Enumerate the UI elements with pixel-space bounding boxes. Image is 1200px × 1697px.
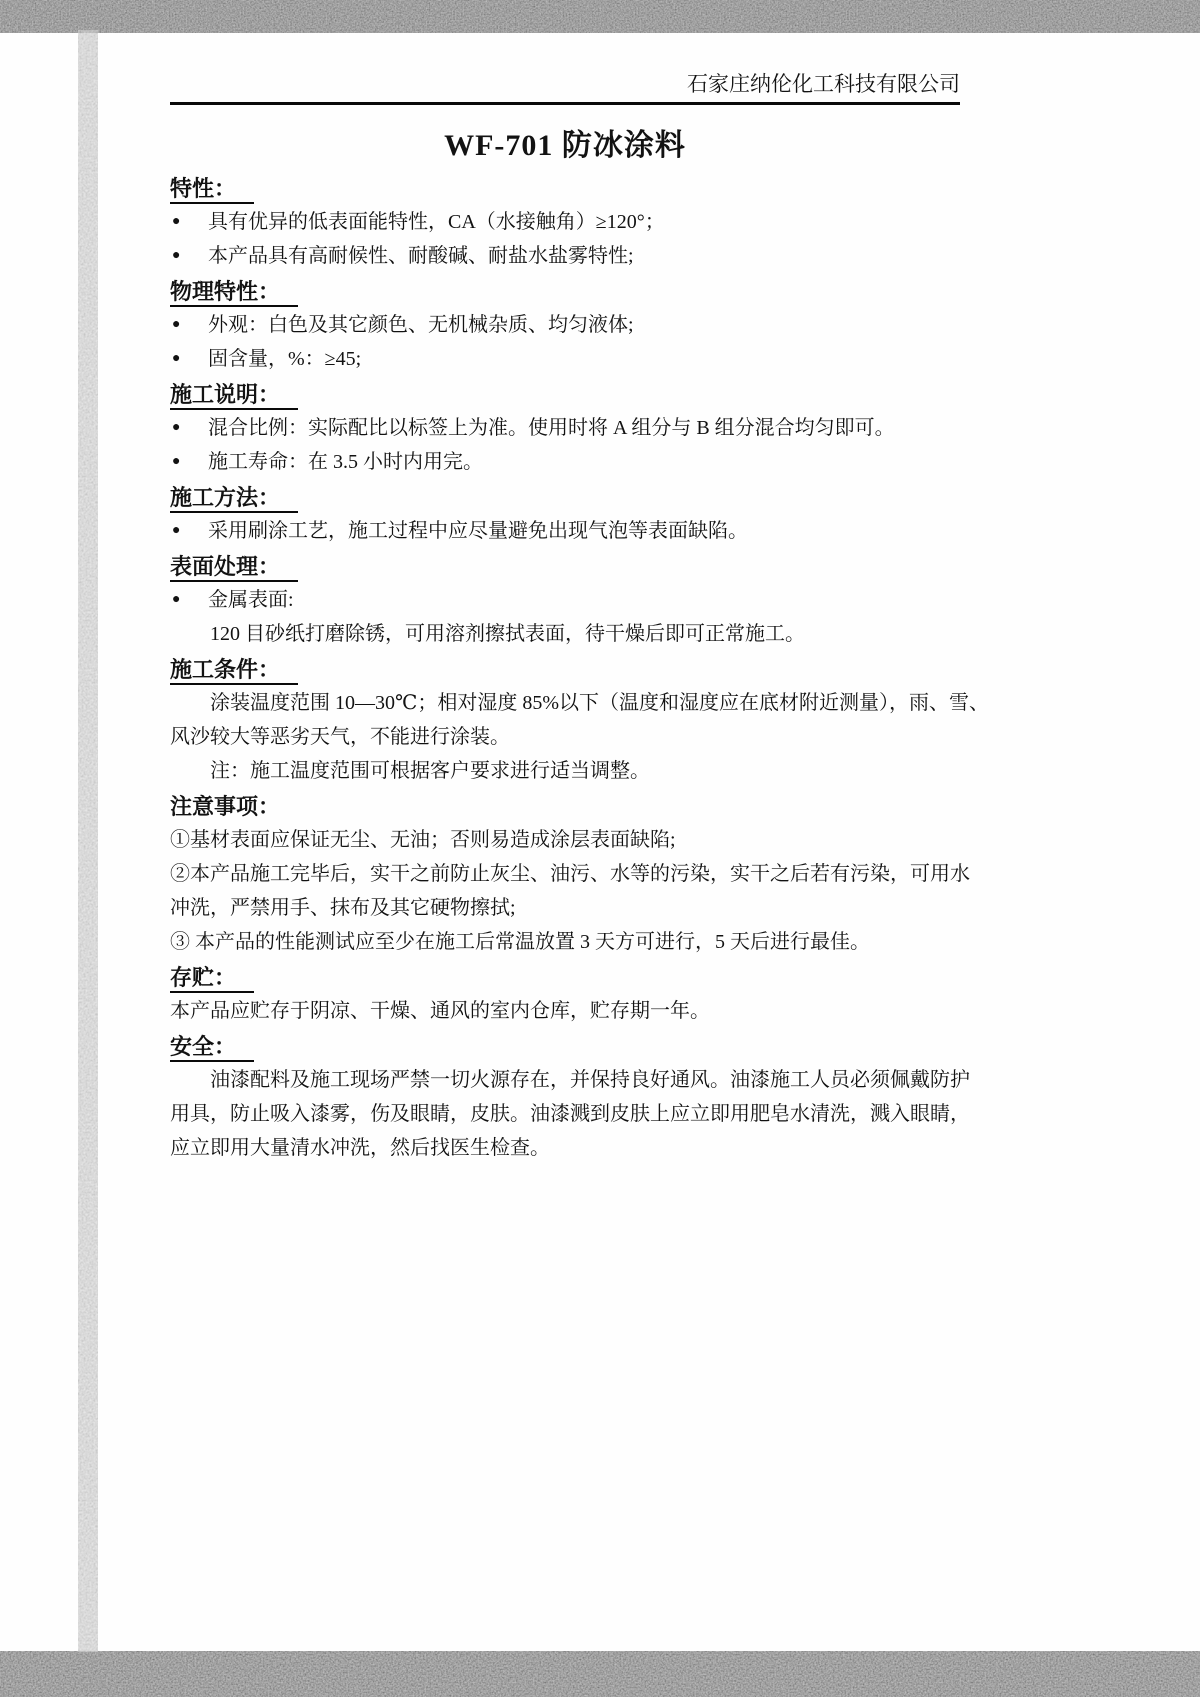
section: 注意事项： ①基材表面应保证无尘、无油；否则易造成涂层表面缺陷; ②本产品施工完… [170, 791, 960, 959]
bullet-text: 施工寿命：在 3.5 小时内用完。 [208, 445, 483, 479]
text-line: 注：施工温度范围可根据客户要求进行适当调整。 [170, 754, 960, 788]
section-heading: 施工说明： [170, 379, 960, 411]
section-heading: 施工条件： [170, 654, 960, 686]
line-text: 风沙较大等恶劣天气，不能进行涂装。 [170, 726, 510, 748]
section-items: ● 具有优异的低表面能特性，CA（水接触角）≥120°； ● 本产品具有高耐候性… [170, 205, 960, 273]
text-line: 120 目砂纸打磨除锈，可用溶剂擦拭表面，待干燥后即可正常施工。 [170, 617, 960, 651]
section-items: 涂装温度范围 10—30℃；相对湿度 85%以下（温度和湿度应在底材附近测量），… [170, 686, 960, 788]
bullet-item: ● 金属表面: [170, 583, 960, 617]
text-line: 应立即用大量清水冲洗，然后找医生检查。 [170, 1131, 960, 1165]
section-heading-text: 物理特性： [170, 279, 298, 307]
line-text: ①基材表面应保证无尘、无油；否则易造成涂层表面缺陷; [170, 829, 676, 851]
section: 物理特性： ● 外观：白色及其它颜色、无机械杂质、均匀液体; ● 固含量，%：≥… [170, 276, 960, 376]
section-items: 油漆配料及施工现场严禁一切火源存在，并保持良好通风。油漆施工人员必须佩戴防护 用… [170, 1063, 960, 1165]
bullet-item: ● 固含量，%：≥45; [170, 342, 960, 376]
bullet-item: ● 本产品具有高耐候性、耐酸碱、耐盐水盐雾特性; [170, 239, 960, 273]
page-content: 石家庄纳伦化工科技有限公司 WF-701 防冰涂料 特性： ● 具有优异的低表面… [170, 72, 960, 1165]
section-heading-text: 注意事项： [170, 794, 280, 820]
section-items: ● 金属表面: 120 目砂纸打磨除锈，可用溶剂擦拭表面，待干燥后即可正常施工。 [170, 583, 960, 651]
bullet-icon: ● [170, 445, 208, 479]
bullet-icon: ● [170, 411, 208, 445]
section-heading: 安全： [170, 1031, 960, 1063]
bullet-text: 金属表面: [208, 583, 294, 617]
section-heading-text: 施工说明： [170, 382, 298, 410]
bullet-icon: ● [170, 239, 208, 273]
section: 施工方法： ● 采用刷涂工艺，施工过程中应尽量避免出现气泡等表面缺陷。 [170, 482, 960, 548]
line-text: 冲洗，严禁用手、抹布及其它硬物擦拭; [170, 897, 516, 919]
text-line: 冲洗，严禁用手、抹布及其它硬物擦拭; [170, 891, 960, 925]
text-line: 涂装温度范围 10—30℃；相对湿度 85%以下（温度和湿度应在底材附近测量），… [170, 686, 960, 720]
bullet-icon: ● [170, 205, 208, 239]
line-text: ③ 本产品的性能测试应至少在施工后常温放置 3 天方可进行，5 天后进行最佳。 [170, 931, 870, 953]
section-heading: 特性： [170, 173, 960, 205]
bullet-item: ● 施工寿命：在 3.5 小时内用完。 [170, 445, 960, 479]
line-text: 油漆配料及施工现场严禁一切火源存在，并保持良好通风。油漆施工人员必须佩戴防护 [210, 1069, 970, 1091]
text-line: ②本产品施工完毕后，实干之前防止灰尘、油污、水等的污染，实干之后若有污染，可用水 [170, 857, 960, 891]
section-heading: 物理特性： [170, 276, 960, 308]
scan-noise-band-top [0, 0, 1200, 33]
section-items: ● 外观：白色及其它颜色、无机械杂质、均匀液体; ● 固含量，%：≥45; [170, 308, 960, 376]
bullet-item: ● 外观：白色及其它颜色、无机械杂质、均匀液体; [170, 308, 960, 342]
text-line: 用具，防止吸入漆雾，伤及眼睛，皮肤。油漆溅到皮肤上应立即用肥皂水清洗，溅入眼睛， [170, 1097, 960, 1131]
section: 表面处理： ● 金属表面: 120 目砂纸打磨除锈，可用溶剂擦拭表面，待干燥后即… [170, 551, 960, 651]
section-heading-text: 存贮： [170, 965, 254, 993]
section-items: ● 采用刷涂工艺，施工过程中应尽量避免出现气泡等表面缺陷。 [170, 514, 960, 548]
section-heading-text: 特性： [170, 176, 254, 204]
line-text: 本产品应贮存于阴凉、干燥、通风的室内仓库，贮存期一年。 [170, 1000, 710, 1022]
section-items: 本产品应贮存于阴凉、干燥、通风的室内仓库，贮存期一年。 [170, 994, 960, 1028]
text-line: 本产品应贮存于阴凉、干燥、通风的室内仓库，贮存期一年。 [170, 994, 960, 1028]
bullet-item: ● 采用刷涂工艺，施工过程中应尽量避免出现气泡等表面缺陷。 [170, 514, 960, 548]
section-heading-text: 施工方法： [170, 485, 298, 513]
line-text: 用具，防止吸入漆雾，伤及眼睛，皮肤。油漆溅到皮肤上应立即用肥皂水清洗，溅入眼睛， [170, 1103, 970, 1125]
sections-container: 特性： ● 具有优异的低表面能特性，CA（水接触角）≥120°； ● 本产品具有… [170, 173, 960, 1165]
text-line: ③ 本产品的性能测试应至少在施工后常温放置 3 天方可进行，5 天后进行最佳。 [170, 925, 960, 959]
bullet-text: 采用刷涂工艺，施工过程中应尽量避免出现气泡等表面缺陷。 [208, 514, 748, 548]
section-heading: 表面处理： [170, 551, 960, 583]
scan-noise-band-bottom [0, 1651, 1200, 1697]
section-heading: 注意事项： [170, 791, 960, 823]
document-title: WF-701 防冰涂料 [170, 120, 960, 164]
section-heading-text: 安全： [170, 1034, 254, 1062]
section-heading: 存贮： [170, 962, 960, 994]
company-name: 石家庄纳伦化工科技有限公司 [687, 72, 960, 96]
bullet-icon: ● [170, 308, 208, 342]
bullet-item: ● 混合比例：实际配比以标签上为准。使用时将 A 组分与 B 组分混合均匀即可。 [170, 411, 960, 445]
section: 施工条件： 涂装温度范围 10—30℃；相对湿度 85%以下（温度和湿度应在底材… [170, 654, 960, 788]
page-header: 石家庄纳伦化工科技有限公司 [170, 72, 960, 105]
bullet-icon: ● [170, 342, 208, 376]
line-text: 120 目砂纸打磨除锈，可用溶剂擦拭表面，待干燥后即可正常施工。 [210, 623, 805, 645]
section-heading: 施工方法： [170, 482, 960, 514]
line-text: 应立即用大量清水冲洗，然后找医生检查。 [170, 1137, 550, 1159]
bullet-text: 具有优异的低表面能特性，CA（水接触角）≥120°； [208, 205, 665, 239]
bullet-text: 本产品具有高耐候性、耐酸碱、耐盐水盐雾特性; [208, 239, 634, 273]
bullet-item: ● 具有优异的低表面能特性，CA（水接触角）≥120°； [170, 205, 960, 239]
text-line: 风沙较大等恶劣天气，不能进行涂装。 [170, 720, 960, 754]
text-line: 油漆配料及施工现场严禁一切火源存在，并保持良好通风。油漆施工人员必须佩戴防护 [170, 1063, 960, 1097]
line-text: ②本产品施工完毕后，实干之前防止灰尘、油污、水等的污染，实干之后若有污染，可用水 [170, 863, 970, 885]
section-items: ①基材表面应保证无尘、无油；否则易造成涂层表面缺陷; ②本产品施工完毕后，实干之… [170, 823, 960, 959]
section-heading-text: 施工条件： [170, 657, 298, 685]
line-text: 涂装温度范围 10—30℃；相对湿度 85%以下（温度和湿度应在底材附近测量），… [210, 692, 989, 714]
section: 安全： 油漆配料及施工现场严禁一切火源存在，并保持良好通风。油漆施工人员必须佩戴… [170, 1031, 960, 1165]
bullet-text: 混合比例：实际配比以标签上为准。使用时将 A 组分与 B 组分混合均匀即可。 [208, 411, 895, 445]
bullet-icon: ● [170, 583, 208, 617]
bullet-text: 外观：白色及其它颜色、无机械杂质、均匀液体; [208, 308, 634, 342]
bullet-text: 固含量，%：≥45; [208, 342, 361, 376]
document-page: 石家庄纳伦化工科技有限公司 WF-701 防冰涂料 特性： ● 具有优异的低表面… [0, 0, 1200, 1697]
section-heading-text: 表面处理： [170, 554, 298, 582]
section: 特性： ● 具有优异的低表面能特性，CA（水接触角）≥120°； ● 本产品具有… [170, 173, 960, 273]
section: 存贮： 本产品应贮存于阴凉、干燥、通风的室内仓库，贮存期一年。 [170, 962, 960, 1028]
section-items: ● 混合比例：实际配比以标签上为准。使用时将 A 组分与 B 组分混合均匀即可。… [170, 411, 960, 479]
scan-noise-strip-left [78, 30, 98, 1652]
bullet-icon: ● [170, 514, 208, 548]
text-line: ①基材表面应保证无尘、无油；否则易造成涂层表面缺陷; [170, 823, 960, 857]
line-text: 注：施工温度范围可根据客户要求进行适当调整。 [210, 760, 650, 782]
section: 施工说明： ● 混合比例：实际配比以标签上为准。使用时将 A 组分与 B 组分混… [170, 379, 960, 479]
